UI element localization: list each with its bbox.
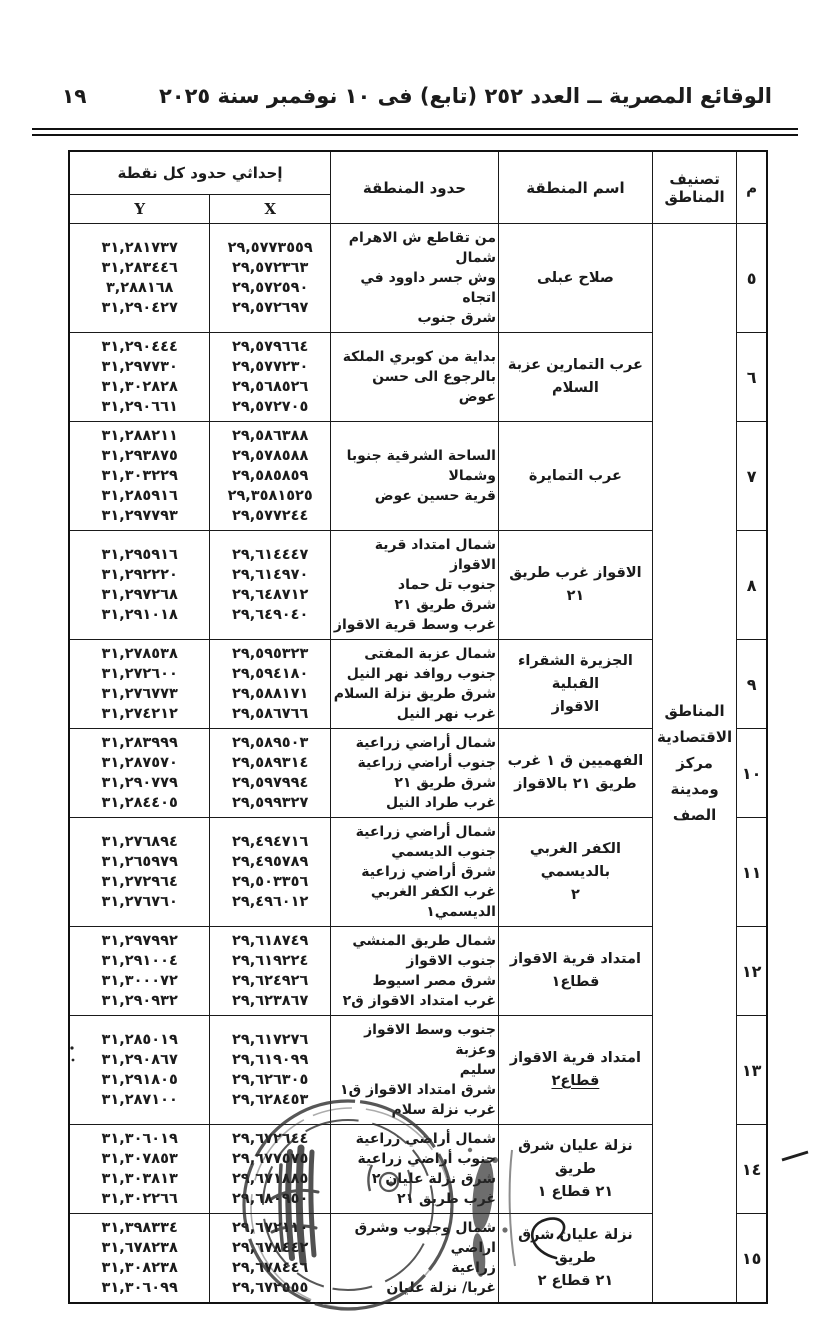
- gazette-page: { "page": { "header": { "title": "الوقائ…: [0, 0, 830, 1324]
- areas-table: م تصنيف المناطق اسم المنطقة حدود المنطقة…: [68, 150, 768, 1304]
- area-bounds-cell: شمال أراضي زراعيةجنوب أراضي زراعيةشرق طر…: [331, 729, 499, 818]
- cell-line: ٣١,٢٩٠٦٦١: [72, 397, 207, 417]
- area-name-cell: عرب التمايرة: [498, 422, 652, 531]
- cell-line: ٢٩,٥٧٩٦٦٤: [212, 337, 328, 357]
- area-name-cell: امتداد قرية الاقوازقطاع١: [498, 927, 652, 1016]
- cell-line: ٢٩,٥٨٩٥٠٣: [212, 733, 328, 753]
- cell-line: شمال وجنوب وشرق اراضي: [333, 1218, 496, 1258]
- y-coordinates-cell: ٣١,٢٨٥٠١٩٣١,٢٩٠٨٦٧٣١,٢٩١٨٠٥٣١,٢٨٧١٠٠: [69, 1016, 210, 1125]
- cell-line: جنوب أراضي زراعية: [333, 1149, 496, 1169]
- cell-line: الاقواز غرب طريق ٢١: [501, 562, 650, 608]
- cell-line: جنوب وسط الاقواز وعزبة: [333, 1020, 496, 1060]
- cell-line: ٣١,٢٨١٧٣٧: [72, 238, 207, 258]
- areas-table-body: ٥المناطقالاقتصاديةمركزومدينةالصفصلاح عبل…: [69, 224, 767, 1304]
- header-coordinates: إحداثي حدود كل نقطة: [69, 151, 331, 195]
- cell-line: جنوب الديسمي: [333, 842, 496, 862]
- cell-line: الفهميين ق ١ غرب: [501, 750, 650, 773]
- area-bounds-cell: بداية من كوبري الملكةبالرجوع الى حسن عوض: [331, 333, 499, 422]
- y-coordinates-cell: ٣١,٢٩٥٩١٦٣١,٢٩٢٢٢٠٣١,٢٩٧٢٦٨٣١,٢٩١٠١٨: [69, 531, 210, 640]
- cell-line: شرق مصر اسيوط: [333, 971, 496, 991]
- cell-line: ٣١,٢٧٦٧٧٣: [72, 684, 207, 704]
- x-coordinates-cell: ٢٩,٦٧٢١١٠٢٩,٦٧٨٤٤٢٢٩,٦٧٨٤٤٦٢٩,٦٧٢٥٥٥: [210, 1214, 331, 1304]
- cell-line: ٢٩,٦١٩٠٩٩: [212, 1050, 328, 1070]
- area-name-cell: الكفر الغربي بالديسمي٢: [498, 818, 652, 927]
- cell-line: جنوب روافد نهر النيل: [333, 664, 496, 684]
- cell-line: شرق طريق ٢١: [333, 773, 496, 793]
- cell-line: ٢٩,٥٧٢٣٦٣: [212, 258, 328, 278]
- table-header: م تصنيف المناطق اسم المنطقة حدود المنطقة…: [69, 151, 767, 224]
- header-bounds: حدود المنطقة: [331, 151, 499, 224]
- cell-line: ٢٩,٥٨٦٧٦٦: [212, 704, 328, 724]
- cell-line: عرب التمارين عزبة: [501, 354, 650, 377]
- cell-line: قطاع١: [501, 971, 650, 994]
- cell-line: ٣١,٢٨٧١٠٠: [72, 1090, 207, 1110]
- cell-line: ٣١,٦٧٨٢٣٨: [72, 1238, 207, 1258]
- cell-line: ٣١,٢٧٢٩٦٤: [72, 872, 207, 892]
- cell-line: ٢٩,٤٩٦٠١٢: [212, 892, 328, 912]
- area-bounds-cell: شمال أراضي زراعيةجنوب أراضي زراعيةشرق نز…: [331, 1125, 499, 1214]
- area-name-cell: عرب التمارين عزبةالسلام: [498, 333, 652, 422]
- cell-line: ٢١ قطاع ١: [501, 1181, 650, 1204]
- cell-line: ٣١,٢٩١٠٠٤: [72, 951, 207, 971]
- cell-line: ٣١,٢٨٣٤٤٦: [72, 258, 207, 278]
- area-name-cell: الفهميين ق ١ غربطريق ٢١ بالاقواز: [498, 729, 652, 818]
- area-name-cell: الاقواز غرب طريق ٢١: [498, 531, 652, 640]
- cell-line: ٣١,٢٨٧٥٧٠: [72, 753, 207, 773]
- cell-line: ٣١,٢٨٥٠١٩: [72, 1030, 207, 1050]
- header-classification: تصنيف المناطق: [652, 151, 736, 224]
- cell-line: صلاح عبلى: [501, 267, 650, 290]
- cell-line: ٣١,٢٩٢٢٢٠: [72, 565, 207, 585]
- header-area-name: اسم المنطقة: [498, 151, 652, 224]
- area-bounds-cell: شمال طريق المنشيجنوب الاقوازشرق مصر اسيو…: [331, 927, 499, 1016]
- row-number: ٦: [737, 333, 767, 422]
- cell-line: الساحة الشرقية جنوبا وشمالا: [333, 446, 496, 486]
- cell-line: ٣١,٢٩٠٨٦٧: [72, 1050, 207, 1070]
- cell-line: جنوب تل حماد: [333, 575, 496, 595]
- cell-line: ٣١,٢٨٤٤٠٥: [72, 793, 207, 813]
- cell-line: ٢٩,٥٠٣٣٥٦: [212, 872, 328, 892]
- cell-line: ٢٩,٥٨٦٣٨٨: [212, 426, 328, 446]
- x-coordinates-cell: ٢٩,٥٨٩٥٠٣٢٩,٥٨٩٣١٤٢٩,٥٩٧٩٩٤٢٩,٥٩٩٣٢٧: [210, 729, 331, 818]
- cell-line: ٢٩,٦٧٢١١٠: [212, 1218, 328, 1238]
- area-name-cell: صلاح عبلى: [498, 224, 652, 333]
- cell-line: ٢٩,٦١٤٤٤٧: [212, 545, 328, 565]
- cell-line: ٣١,٢٩٠٩٣٢: [72, 991, 207, 1011]
- cell-line: ٣١,٢٧٦٧٦٠: [72, 892, 207, 912]
- cell-line: ٢٩,٤٩٥٧٨٩: [212, 852, 328, 872]
- area-bounds-cell: جنوب وسط الاقواز وعزبةسليمشرق امتداد الا…: [331, 1016, 499, 1125]
- cell-line: ٢٩,٦٧٢٦٤٤: [212, 1129, 328, 1149]
- cell-line: ٢٩,٥٧٢٦٩٧: [212, 298, 328, 318]
- cell-line: ٢٩,٦٢٤٩٢٦: [212, 971, 328, 991]
- x-coordinates-cell: ٢٩,٥٧٩٦٦٤٢٩,٥٧٧٢٣٠٢٩,٥٦٨٥٢٦٢٩,٥٧٢٧٠٥: [210, 333, 331, 422]
- gazette-title: الوقائع المصرية ــ العدد ٢٥٢ (تابع) فى ١…: [159, 84, 772, 108]
- header-y: Y: [69, 195, 210, 224]
- table-row: ٥المناطقالاقتصاديةمركزومدينةالصفصلاح عبل…: [69, 224, 767, 333]
- cell-line: ٣١,٢٩٧٧٣٠: [72, 357, 207, 377]
- cell-line: ٢٩,٦٤٨٧١٢: [212, 585, 328, 605]
- cell-line: الكفر الغربي بالديسمي: [501, 838, 650, 884]
- x-coordinates-cell: ٢٩,٥٧٧٣٥٥٩٢٩,٥٧٢٣٦٣٢٩,٥٧٢٥٩٠٢٩,٥٧٢٦٩٧: [210, 224, 331, 333]
- cell-line: السلام: [501, 377, 650, 400]
- cell-line: ٣١,٢٩١٠١٨: [72, 605, 207, 625]
- cell-line: ٢: [501, 884, 650, 907]
- cell-line: ٣١,٢٨٣٩٩٩: [72, 733, 207, 753]
- cell-line: غرب امتداد الاقواز ق٢: [333, 991, 496, 1011]
- cell-line: ٢٩,٦٧١٨٨٥: [212, 1169, 328, 1189]
- cell-line: ٣١,٢٩٧٢٦٨: [72, 585, 207, 605]
- cell-line: عرب التمايرة: [501, 465, 650, 488]
- cell-line: ٢٩,٦١٤٩٧٠: [212, 565, 328, 585]
- area-bounds-cell: من تقاطع ش الاهرام شمالوش جسر داوود في ا…: [331, 224, 499, 333]
- y-coordinates-cell: ٣١,٣٠٦٠١٩٣١,٣٠٧٨٥٣٣١,٣٠٣٨١٣٣١,٣٠٢٢٦٦: [69, 1125, 210, 1214]
- cell-line: شمال أراضي زراعية: [333, 733, 496, 753]
- row-number: ٨: [737, 531, 767, 640]
- cell-line: ٣١,٢٩٣٨٧٥: [72, 446, 207, 466]
- cell-line: ٣١,٢٦٥٩٧٩: [72, 852, 207, 872]
- page-header: الوقائع المصرية ــ العدد ٢٥٢ (تابع) فى ١…: [62, 84, 772, 108]
- row-number: ١٢: [737, 927, 767, 1016]
- cell-line: قطاع٢: [501, 1070, 650, 1093]
- cell-line: ٣١,٣٠٦٠٩٩: [72, 1278, 207, 1298]
- cell-line: شرق امتداد الاقواز ق١: [333, 1080, 496, 1100]
- cell-line: ٣١,٣٠٦٠١٩: [72, 1129, 207, 1149]
- cell-line: ٣١,٢٧٦٨٩٤: [72, 832, 207, 852]
- cell-line: امتداد قرية الاقواز: [501, 948, 650, 971]
- x-coordinates-cell: ٢٩,٦١٤٤٤٧٢٩,٦١٤٩٧٠٢٩,٦٤٨٧١٢٢٩,٦٤٩٠٤٠: [210, 531, 331, 640]
- cell-line: ومدينة: [655, 776, 734, 802]
- x-coordinates-cell: ٢٩,٥٩٥٣٢٣٢٩,٥٩٤١٨٠٢٩,٥٨٨١٧١٢٩,٥٨٦٧٦٦: [210, 640, 331, 729]
- cell-line: بداية من كوبري الملكة: [333, 347, 496, 367]
- cell-line: ٢٩,٥٧٢٧٠٥: [212, 397, 328, 417]
- cell-line: ٣١,٢٩٧٧٩٣: [72, 506, 207, 526]
- row-number: ٥: [737, 224, 767, 333]
- row-number: ١١: [737, 818, 767, 927]
- row-number: ١٥: [737, 1214, 767, 1304]
- cell-line: ٢٩,٥٧٨٥٨٨: [212, 446, 328, 466]
- cell-line: ٢٩,٦١٩٢٢٤: [212, 951, 328, 971]
- cell-line: سليم: [333, 1060, 496, 1080]
- cell-line: ٣١,٣٠٢٨٢٨: [72, 377, 207, 397]
- cell-line: ٣١,٣٠٨٢٣٨: [72, 1258, 207, 1278]
- edge-ink-dash: [782, 1152, 808, 1160]
- cell-line: ٢٩,٥٧٧٢٤٤: [212, 506, 328, 526]
- cell-line: شمال طريق المنشي: [333, 931, 496, 951]
- cell-line: نزلة عليان شرق طريق: [501, 1135, 650, 1181]
- cell-line: ٣١,٣٠٠٠٧٢: [72, 971, 207, 991]
- row-number: ١٣: [737, 1016, 767, 1125]
- cell-line: جنوب الاقواز: [333, 951, 496, 971]
- header-num: م: [737, 151, 767, 224]
- cell-line: الاقواز: [501, 696, 650, 719]
- cell-line: ٣١,٣٩٨٣٣٤: [72, 1218, 207, 1238]
- cell-line: الاقتصادية: [655, 724, 734, 750]
- y-coordinates-cell: ٣١,٢٨٣٩٩٩٣١,٢٨٧٥٧٠٣١,٢٩٠٧٧٩٣١,٢٨٤٤٠٥: [69, 729, 210, 818]
- cell-line: ٢٩,٥٨٨١٧١: [212, 684, 328, 704]
- cell-line: طريق ٢١ بالاقواز: [501, 773, 650, 796]
- area-name-cell: نزلة عليان شرق طريق٢١ قطاع ١: [498, 1125, 652, 1214]
- cell-line: ٢٩,٦١٧٢٧٦: [212, 1030, 328, 1050]
- y-coordinates-cell: ٣١,٢٩٧٩٩٢٣١,٢٩١٠٠٤٣١,٣٠٠٠٧٢٣١,٢٩٠٩٣٢: [69, 927, 210, 1016]
- cell-line: غربا/ نزلة عليان: [333, 1278, 496, 1298]
- cell-line: ٣١,٢٩٠٤٤٤: [72, 337, 207, 357]
- x-coordinates-cell: ٢٩,٥٨٦٣٨٨٢٩,٥٧٨٥٨٨٢٩,٥٨٥٨٥٩٢٩,٣٥٨١٥٢٥٢٩,…: [210, 422, 331, 531]
- row-number: ٩: [737, 640, 767, 729]
- cell-line: ٢٩,٥٧٢٥٩٠: [212, 278, 328, 298]
- cell-line: شرق أراضي زراعية: [333, 862, 496, 882]
- cell-line: غرب طريق ٢١: [333, 1189, 496, 1209]
- area-name-cell: نزلة عليان شرق طريق٢١ قطاع ٢: [498, 1214, 652, 1304]
- area-name-cell: الجزيرة الشقراء القبليةالاقواز: [498, 640, 652, 729]
- cell-line: ٣١,٣٠٧٨٥٣: [72, 1149, 207, 1169]
- cell-line: ٣١,٣٠٣٢٢٩: [72, 466, 207, 486]
- area-bounds-cell: شمال عزبة المفتىجنوب روافد نهر النيلشرق …: [331, 640, 499, 729]
- cell-line: غرب طراد النيل: [333, 793, 496, 813]
- cell-line: شمال أراضي زراعية: [333, 1129, 496, 1149]
- cell-line: من تقاطع ش الاهرام شمال: [333, 228, 496, 268]
- cell-line: ٣١,٢٩٠٧٧٩: [72, 773, 207, 793]
- cell-line: غرب الكفر الغربي الديسمي١: [333, 882, 496, 922]
- cell-line: شمال عزبة المفتى: [333, 644, 496, 664]
- cell-line: ٢٩,٦٧٨٤٤٦: [212, 1258, 328, 1278]
- area-bounds-cell: الساحة الشرقية جنوبا وشمالاقرية حسين عوض: [331, 422, 499, 531]
- cell-line: ٣١,٣٠٣٨١٣: [72, 1169, 207, 1189]
- cell-line: ٢٩,٥٨٥٨٥٩: [212, 466, 328, 486]
- x-coordinates-cell: ٢٩,٦١٨٧٤٩٢٩,٦١٩٢٢٤٢٩,٦٢٤٩٢٦٢٩,٦٢٣٨٦٧: [210, 927, 331, 1016]
- row-number: ٧: [737, 422, 767, 531]
- area-bounds-cell: شمال أراضي زراعيةجنوب الديسميشرق أراضي ز…: [331, 818, 499, 927]
- cell-line: زراعية: [333, 1258, 496, 1278]
- cell-line: شمال أراضي زراعية: [333, 822, 496, 842]
- cell-line: وش جسر داوود في اتجاه: [333, 268, 496, 308]
- cell-line: ٢٩,٦٨٠٩٥٠: [212, 1189, 328, 1209]
- cell-line: بالرجوع الى حسن عوض: [333, 367, 496, 407]
- cell-line: شرق نزلة عليان ٢: [333, 1169, 496, 1189]
- x-coordinates-cell: ٢٩,٦٧٢٦٤٤٢٩,٦٧٧٥٧٥٢٩,٦٧١٨٨٥٢٩,٦٨٠٩٥٠: [210, 1125, 331, 1214]
- cell-line: ٣١,٢٨٥٩١٦: [72, 486, 207, 506]
- cell-line: ٢٩,٥٧٧٣٥٥٩: [212, 238, 328, 258]
- cell-line: ٢٩,٣٥٨١٥٢٥: [212, 486, 328, 506]
- area-name-cell: امتداد قرية الاقوازقطاع٢: [498, 1016, 652, 1125]
- area-bounds-cell: شمال امتداد قرية الاقوازجنوب تل حمادشرق …: [331, 531, 499, 640]
- y-coordinates-cell: ٣١,٢٨٨٢١١٣١,٢٩٣٨٧٥٣١,٣٠٣٢٢٩٣١,٢٨٥٩١٦٣١,٢…: [69, 422, 210, 531]
- cell-line: ٣١,٢٩٥٩١٦: [72, 545, 207, 565]
- cell-line: ٣١,٢٩١٨٠٥: [72, 1070, 207, 1090]
- row-number: ١٤: [737, 1125, 767, 1214]
- cell-line: ٢٩,٥٩٩٣٢٧: [212, 793, 328, 813]
- cell-line: ٢٩,٥٧٧٢٣٠: [212, 357, 328, 377]
- cell-line: الصف: [655, 802, 734, 828]
- cell-line: شرق طريق نزلة السلام: [333, 684, 496, 704]
- cell-line: ٢٩,٥٩٤١٨٠: [212, 664, 328, 684]
- cell-line: ٣١,٣٠٢٢٦٦: [72, 1189, 207, 1209]
- header-rule: [32, 128, 798, 136]
- y-coordinates-cell: ٣١,٢٧٦٨٩٤٣١,٢٦٥٩٧٩٣١,٢٧٢٩٦٤٣١,٢٧٦٧٦٠: [69, 818, 210, 927]
- cell-line: ٣١,٢٨٨٢١١: [72, 426, 207, 446]
- cell-line: ٣١,٢٩٧٩٩٢: [72, 931, 207, 951]
- cell-line: غرب وسط قرية الاقواز: [333, 615, 496, 635]
- y-coordinates-cell: ٣١,٢٩٠٤٤٤٣١,٢٩٧٧٣٠٣١,٣٠٢٨٢٨٣١,٢٩٠٦٦١: [69, 333, 210, 422]
- cell-line: ٢١ قطاع ٢: [501, 1270, 650, 1293]
- cell-line: ٢٩,٥٩٧٩٩٤: [212, 773, 328, 793]
- row-number: ١٠: [737, 729, 767, 818]
- cell-line: ٣,٢٨٨١٦٨: [72, 278, 207, 298]
- cell-line: ٢٩,٦٢٣٨٦٧: [212, 991, 328, 1011]
- y-coordinates-cell: ٣١,٢٧٨٥٣٨٣١,٢٧٢٦٠٠٣١,٢٧٦٧٧٣٣١,٢٧٤٢١٢: [69, 640, 210, 729]
- cell-line: نزلة عليان شرق طريق: [501, 1224, 650, 1270]
- cell-line: ٢٩,٦٧٢٥٥٥: [212, 1278, 328, 1298]
- cell-line: مركز: [655, 750, 734, 776]
- cell-line: ٢٩,٦٧٧٥٧٥: [212, 1149, 328, 1169]
- cell-line: الجزيرة الشقراء القبلية: [501, 650, 650, 696]
- cell-line: ٢٩,٦٤٩٠٤٠: [212, 605, 328, 625]
- cell-line: غرب نهر النيل: [333, 704, 496, 724]
- cell-line: ٢٩,٦٧٨٤٤٢: [212, 1238, 328, 1258]
- header-x: X: [210, 195, 331, 224]
- cell-line: ٣١,٢٩٠٤٢٧: [72, 298, 207, 318]
- cell-line: ٣١,٢٧٢٦٠٠: [72, 664, 207, 684]
- cell-line: جنوب أراضي زراعية: [333, 753, 496, 773]
- cell-line: ٢٩,٦٢٦٣٠٥: [212, 1070, 328, 1090]
- area-bounds-cell: شمال وجنوب وشرق اراضيزراعيةغربا/ نزلة عل…: [331, 1214, 499, 1304]
- cell-line: ٢٩,٦٢٨٤٥٣: [212, 1090, 328, 1110]
- y-coordinates-cell: ٣١,٢٨١٧٣٧٣١,٢٨٣٤٤٦٣,٢٨٨١٦٨٣١,٢٩٠٤٢٧: [69, 224, 210, 333]
- cell-line: ٣١,٢٧٤٢١٢: [72, 704, 207, 724]
- cell-line: المناطق: [655, 698, 734, 724]
- cell-line: امتداد قرية الاقواز: [501, 1047, 650, 1070]
- y-coordinates-cell: ٣١,٣٩٨٣٣٤٣١,٦٧٨٢٣٨٣١,٣٠٨٢٣٨٣١,٣٠٦٠٩٩: [69, 1214, 210, 1304]
- cell-line: ٢٩,٥٩٥٣٢٣: [212, 644, 328, 664]
- cell-line: ٣١,٢٧٨٥٣٨: [72, 644, 207, 664]
- cell-line: ٢٩,٥٨٩٣١٤: [212, 753, 328, 773]
- cell-line: غرب نزلة سلام: [333, 1100, 496, 1120]
- classification-cell: المناطقالاقتصاديةمركزومدينةالصف: [652, 224, 736, 1304]
- page-number: ١٩: [62, 84, 86, 108]
- x-coordinates-cell: ٢٩,٦١٧٢٧٦٢٩,٦١٩٠٩٩٢٩,٦٢٦٣٠٥٢٩,٦٢٨٤٥٣: [210, 1016, 331, 1125]
- cell-line: قرية حسين عوض: [333, 486, 496, 506]
- cell-line: ٢٩,٥٦٨٥٢٦: [212, 377, 328, 397]
- cell-line: ٢٩,٤٩٤٧١٦: [212, 832, 328, 852]
- cell-line: شرق طريق ٢١: [333, 595, 496, 615]
- cell-line: ٢٩,٦١٨٧٤٩: [212, 931, 328, 951]
- cell-line: شمال امتداد قرية الاقواز: [333, 535, 496, 575]
- x-coordinates-cell: ٢٩,٤٩٤٧١٦٢٩,٤٩٥٧٨٩٢٩,٥٠٣٣٥٦٢٩,٤٩٦٠١٢: [210, 818, 331, 927]
- cell-line: شرق جنوب: [333, 308, 496, 328]
